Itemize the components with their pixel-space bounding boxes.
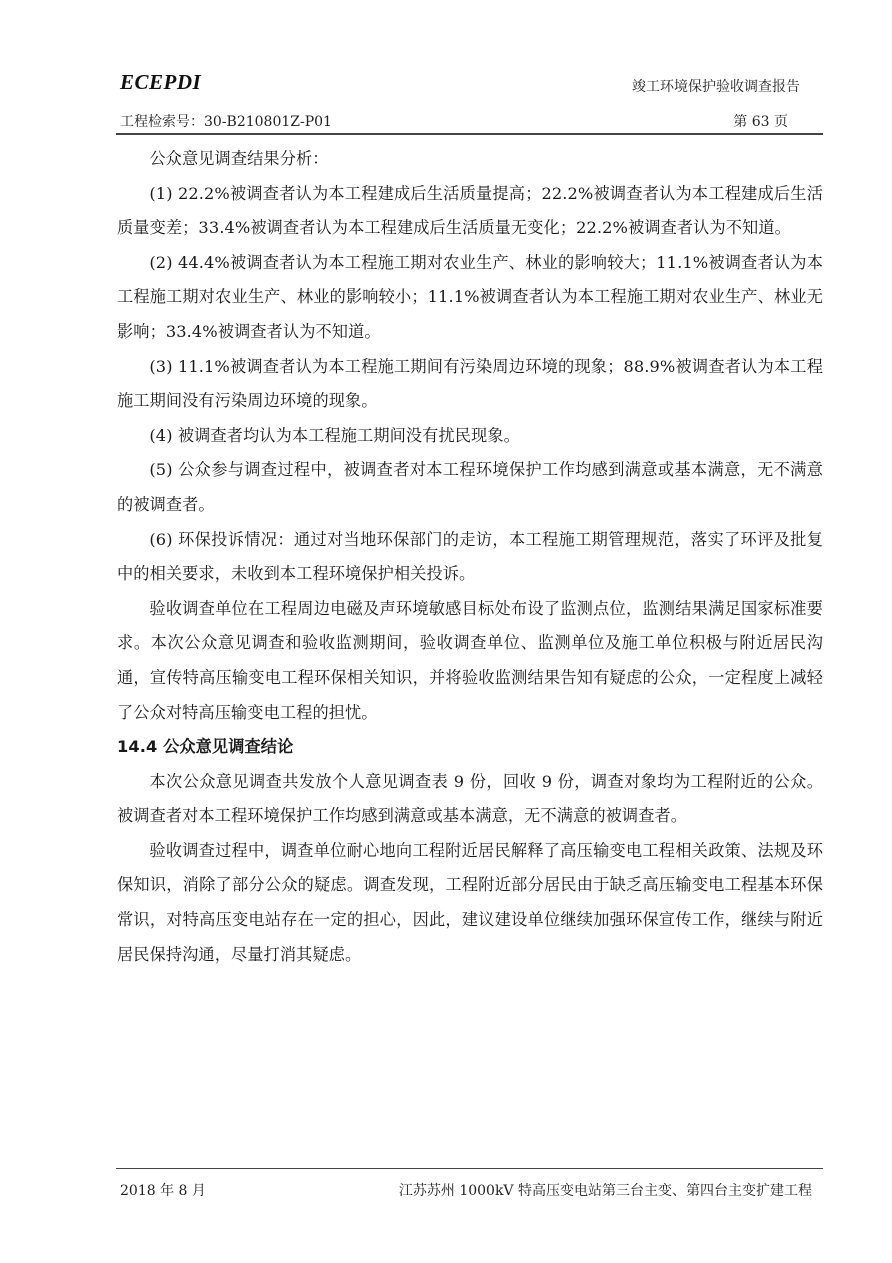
conclusion-paragraph-2: 验收调查过程中，调查单位耐心地向工程附近居民解释了高压输变电工程相关政策、法规及… [117,834,823,972]
project-index-number: 工程检索号：30-B210801Z-P01 [120,111,332,131]
analysis-item-1: (1) 22.2%被调查者认为本工程建成后生活质量提高；22.2%被调查者认为本… [117,177,823,246]
analysis-item-4: (4) 被调查者均认为本工程施工期间没有扰民现象。 [117,419,823,454]
section-heading: 14.4 公众意见调查结论 [117,730,823,765]
analysis-item-3: (3) 11.1%被调查者认为本工程施工期间有污染周边环境的现象；88.9%被调… [117,350,823,419]
analysis-intro: 公众意见调查结果分析： [117,142,823,177]
page-number: 第 63 页 [733,111,788,131]
report-title: 竣工环境保护验收调查报告 [632,76,800,96]
conclusion-paragraph-1: 本次公众意见调查共发放个人意见调查表 9 份，回收 9 份，调查对象均为工程附近… [117,765,823,834]
monitoring-paragraph: 验收调查单位在工程周边电磁及声环境敏感目标处布设了监测点位，监测结果满足国家标准… [117,592,823,730]
footer-divider [116,1168,823,1169]
document-body: 公众意见调查结果分析： (1) 22.2%被调查者认为本工程建成后生活质量提高；… [117,142,823,972]
footer-project-name: 江苏苏州 1000kV 特高压变电站第三台主变、第四台主变扩建工程 [399,1180,812,1200]
header-divider [116,133,823,135]
analysis-item-5: (5) 公众参与调查过程中，被调查者对本工程环境保护工作均感到满意或基本满意，无… [117,453,823,522]
brand-logo-text: ECEPDI [120,70,201,95]
analysis-item-6: (6) 环保投诉情况：通过对当地环保部门的走访，本工程施工期管理规范，落实了环评… [117,523,823,592]
footer-date: 2018 年 8 月 [120,1180,206,1200]
analysis-item-2: (2) 44.4%被调查者认为本工程施工期对农业生产、林业的影响较大；11.1%… [117,246,823,350]
